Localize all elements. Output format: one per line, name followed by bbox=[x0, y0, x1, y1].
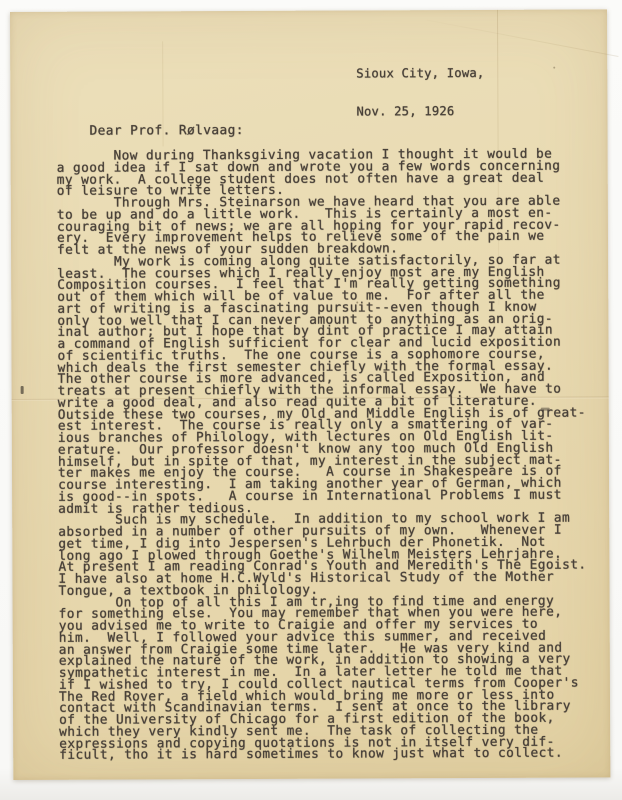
salutation: Dear Prof. Rølvaag: bbox=[89, 125, 243, 137]
paragraph: Now during Thanksgiving vacation I thoug… bbox=[57, 148, 585, 197]
letterhead-place: Sioux City, Iowa, bbox=[356, 67, 484, 80]
body-line: ficult, tho it is hard sometimes to know… bbox=[59, 748, 587, 762]
paragraph: Through Mrs. Steinarson we have heard th… bbox=[57, 195, 585, 256]
paper-speck bbox=[553, 67, 555, 69]
paragraph: Such is my schedule. In addition to my s… bbox=[58, 513, 586, 598]
letter-paper: Sioux City, Iowa, Nov. 25, 1926 Dear Pro… bbox=[10, 9, 610, 780]
scan-background: Sioux City, Iowa, Nov. 25, 1926 Dear Pro… bbox=[0, 0, 622, 800]
letterhead: Sioux City, Iowa, Nov. 25, 1926 bbox=[356, 42, 485, 143]
paragraph: My work is coming along quite satisfacto… bbox=[57, 254, 586, 515]
letterhead-date: Nov. 25, 1926 bbox=[356, 105, 484, 118]
letter-body: Now during Thanksgiving vacation I thoug… bbox=[57, 148, 588, 761]
ink-smudge bbox=[21, 386, 24, 394]
paragraph: On top of all this I am tr,ing to find t… bbox=[59, 595, 588, 762]
